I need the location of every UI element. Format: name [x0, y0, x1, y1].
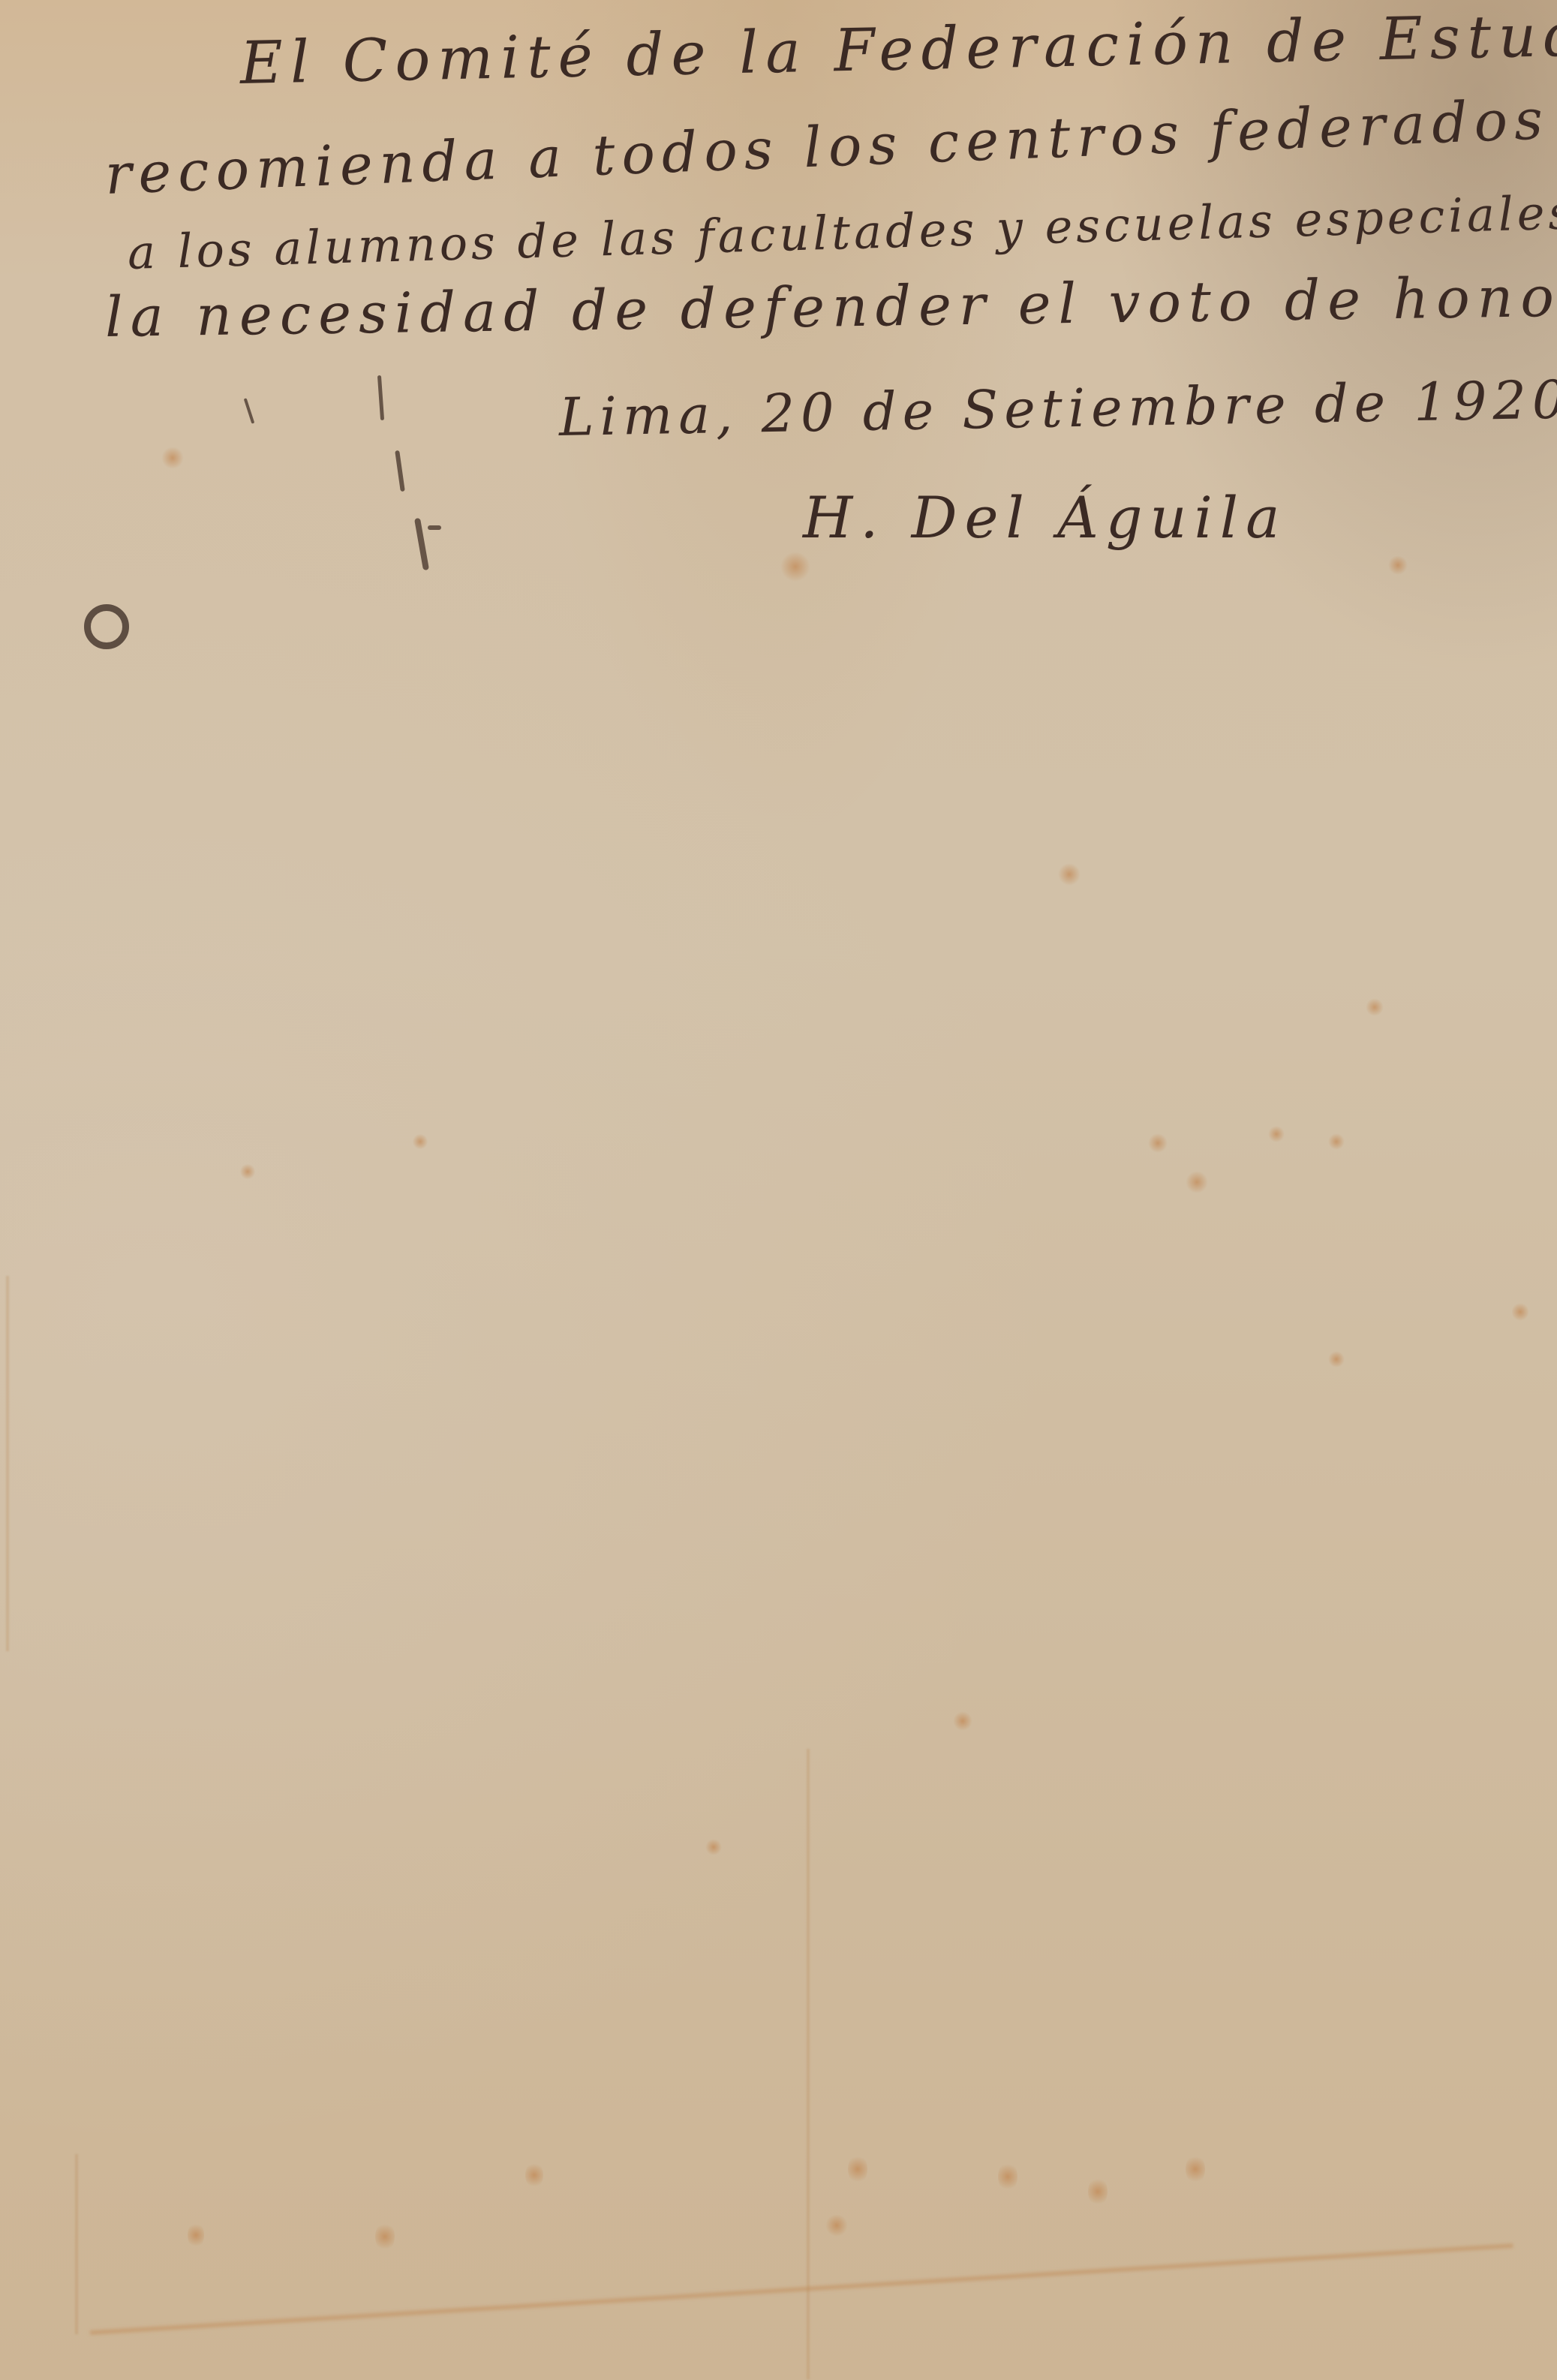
foxing-spot [375, 2222, 395, 2252]
water-stain-line [807, 1749, 810, 2379]
document-page: El Comité de la Federación de Estudiante… [0, 0, 1557, 2380]
foxing-spot [413, 1133, 428, 1150]
foxing-spot [1328, 1351, 1345, 1368]
foxing-spot [1148, 1133, 1168, 1153]
foxing-spot [525, 2162, 543, 2189]
foxing-spot [1328, 1133, 1345, 1150]
ink-smear-mark [414, 518, 429, 570]
foxing-spot [1088, 2177, 1108, 2207]
foxing-spot [1186, 1171, 1208, 1193]
foxing-spot [1388, 555, 1408, 575]
place-and-date: Lima, 20 de Setiembre de 1920 [558, 369, 1557, 448]
ink-ring-blot-icon [84, 604, 129, 649]
foxing-spot [825, 2214, 848, 2237]
foxing-spot [240, 1163, 255, 1180]
foxing-spot [848, 2154, 867, 2184]
foxing-spot [188, 2222, 204, 2249]
foxing-spot [1058, 863, 1081, 886]
ink-smear-mark [244, 398, 255, 424]
water-stain-line [90, 2243, 1513, 2335]
letter-line-1: El Comité de la Federación de Estudiante… [239, 0, 1557, 98]
letter-line-3: a los alumnos de las facultades y escuel… [127, 185, 1557, 280]
foxing-spot [161, 447, 184, 469]
ink-smear-mark [377, 375, 384, 420]
foxing-spot [1268, 1126, 1285, 1142]
foxing-spot [998, 2162, 1017, 2192]
foxing-spot [1366, 998, 1384, 1016]
foxing-spot [1512, 1302, 1528, 1322]
foxing-spot [953, 1711, 972, 1731]
letter-line-2: recomienda a todos los centros federados… [104, 85, 1557, 207]
water-stain-line [75, 2154, 78, 2334]
paper-edge-shadow [6, 1276, 9, 1651]
letter-line-4: la necesidad de defender el voto de hono… [104, 264, 1557, 350]
foxing-spot [705, 1839, 722, 1855]
ink-smear-mark [395, 450, 405, 492]
ink-smear-mark [428, 525, 441, 530]
signature: H. Del Águila [803, 484, 1287, 551]
foxing-spot [1186, 2154, 1205, 2184]
foxing-spot [780, 552, 810, 582]
